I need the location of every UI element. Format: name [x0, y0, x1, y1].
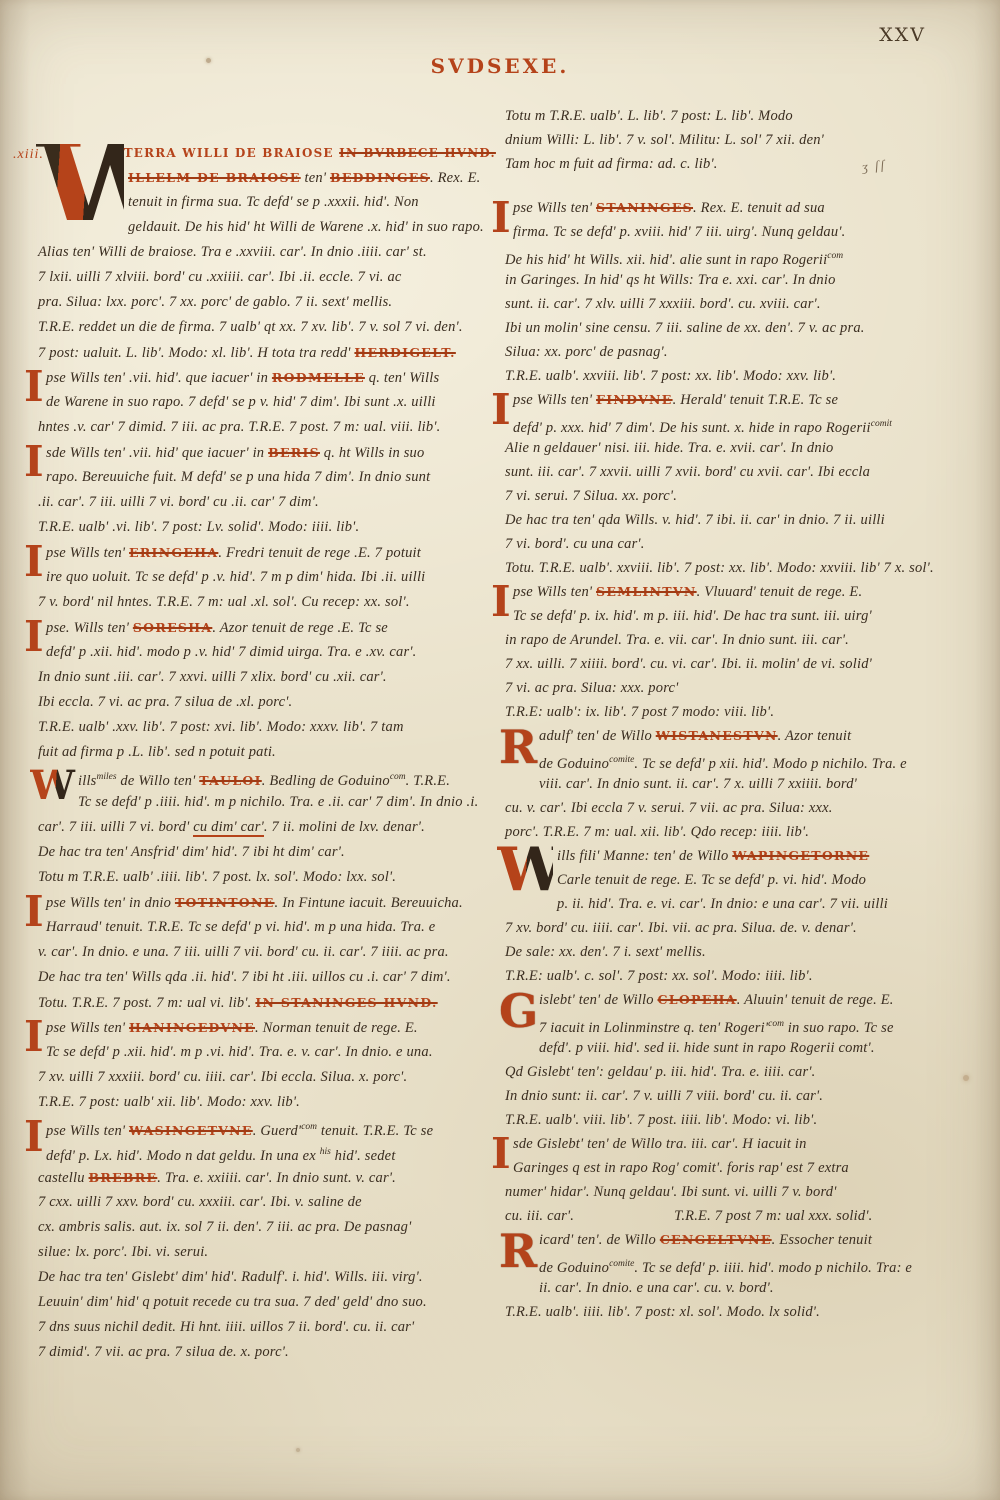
manuscript-text: . Rex. E. — [430, 170, 481, 186]
text-line: 7 xx. uilli. 7 xiiii. bord'. cu. vi. car… — [505, 652, 965, 676]
text-line: de Goduinocomite. Tc se defd' p xii. hid… — [505, 748, 965, 772]
manuscript-text: Tam hoc m fuit ad firma: ad. c. lib'. — [505, 156, 718, 172]
manuscript-text: pse Wills ten' — [513, 584, 596, 600]
drop-cap-initial: I — [491, 198, 511, 244]
text-line: sunt. iii. car'. 7 xxvii. uilli 7 xvii. … — [505, 460, 965, 484]
drop-cap-initial: R — [499, 726, 535, 774]
manuscript-text: De hac tra ten' Wills qda .ii. hid'. 7 i… — [38, 969, 451, 985]
text-line: De hac tra ten' qda Wills. v. hid'. 7 ib… — [505, 508, 965, 532]
manuscript-text: pse Wills ten' — [46, 1020, 129, 1036]
text-line: T.R.E. ualb' .vi. lib'. 7 post: Lv. soli… — [38, 515, 496, 540]
text-line: Tc se defd' p .xii. hid'. m p .vi. hid'.… — [38, 1040, 496, 1065]
manuscript-text: q. ht Wills in suo — [320, 445, 425, 461]
manuscript-text: 7 cxx. uilli 7 xxv. bord' cu. xxxiii. ca… — [38, 1194, 362, 1210]
text-line: islebt' ten' de Willo CLOPEHA. Aluuin' t… — [505, 988, 965, 1012]
manuscript-text: .ii. car'. 7 iii. uilli 7 vi. bord' cu .… — [38, 494, 319, 510]
struck-place-name: TAULOI — [199, 773, 262, 788]
text-line: 7 vi. serui. 7 Silua. xx. porc'. — [505, 484, 965, 508]
manuscript-text: 7 xv. bord' cu. iiii. car'. Ibi. vii. ac… — [505, 920, 857, 936]
manuscript-text: . Tc se defd' p. iiii. hid'. modo p nich… — [634, 1260, 912, 1276]
text-line: .ii. car'. 7 iii. uilli 7 vi. bord' cu .… — [38, 490, 496, 515]
manuscript-text: castellu — [38, 1170, 89, 1186]
estate-entry: Gislebt' ten' de Willo CLOPEHA. Aluuin' … — [505, 988, 965, 1132]
manuscript-text: . Bedling de Goduino — [262, 773, 390, 789]
manuscript-text: ills — [78, 773, 97, 789]
struck-place-name: BERIS — [268, 445, 320, 460]
drop-cap-initial: I — [491, 1134, 511, 1180]
interlinear-note: comite — [609, 755, 634, 765]
manuscript-text: In dnio sunt: ii. car'. 7 v. uilli 7 vii… — [505, 1088, 823, 1104]
drop-cap-initial: R — [499, 1230, 535, 1278]
text-line: v. car'. In dnio. e una. 7 iii. uilli 7 … — [38, 940, 496, 965]
manuscript-text: sunt. ii. car'. 7 xlv. uilli 7 xxxiii. b… — [505, 296, 821, 312]
text-line: rapo. Bereuuiche fuit. M defd' se p una … — [38, 465, 496, 490]
manuscript-text: 7 vi. serui. 7 Silua. xx. porc'. — [505, 488, 677, 504]
text-line: Alie n geldauer' nisi. iii. hide. Tra. e… — [505, 436, 965, 460]
manuscript-text: De hac tra ten' qda Wills. v. hid'. 7 ib… — [505, 512, 885, 528]
text-line: 7 dns suus nichil dedit. Hi hnt. iiii. u… — [38, 1315, 496, 1340]
manuscript-text: . Norman tenuit de rege. E. — [255, 1020, 418, 1036]
struck-place-name: WASINGETVNE — [129, 1123, 253, 1138]
manuscript-text: T.R.E. ualb'. iiii. lib'. 7 post: xl. so… — [505, 1304, 820, 1320]
text-line: Tam hoc m fuit ad firma: ad. c. lib'. — [505, 152, 965, 176]
drop-cap-initial: W — [30, 767, 76, 815]
struck-place-name: SEMLINTVN — [596, 584, 697, 599]
drop-cap-initial: W — [497, 846, 553, 894]
text-line: T.R.E. ualb'. iiii. lib'. 7 post: xl. so… — [505, 1300, 965, 1324]
text-line: icard' ten'. de Willo CENGELTVNE. Essoch… — [505, 1228, 965, 1252]
manuscript-text: 7 xv. uilli 7 xxxiii. bord' cu. iiii. ca… — [38, 1069, 407, 1085]
text-line: adulf' ten' de Willo WISTANESTVN. Azor t… — [505, 724, 965, 748]
manuscript-text: q. ten' Wills — [365, 370, 439, 386]
manuscript-text: rapo. Bereuuiche fuit. M defd' se p una … — [46, 469, 430, 485]
text-line: Qd Gislebt' ten': geldau' p. iii. hid'. … — [505, 1060, 965, 1084]
manuscript-text: 7 xx. uilli. 7 xiiii. bord'. cu. vi. car… — [505, 656, 872, 672]
manuscript-text: p. ii. hid'. Tra. e. vi. car'. In dnio: … — [557, 896, 888, 912]
text-line: porc'. T.R.E. 7 m: ual. xii. lib'. Qdo r… — [505, 820, 965, 844]
manuscript-text: T.R.E: ualb': ix. lib'. 7 post 7 modo: v… — [505, 704, 774, 720]
text-line: fuit ad firma p .L. lib'. sed n potuit p… — [38, 740, 496, 765]
manuscript-text: 7 vi. ac pra. Silua: xxx. porc' — [505, 680, 678, 696]
estate-entry: WTERRA WILLI DE BRAIOSE IN BVRBECE HVND.… — [38, 140, 496, 365]
manuscript-text: ire quo uoluit. Tc se defd' p .v. hid'. … — [46, 569, 425, 585]
manuscript-text: T.R.E. ualb'. xxviii. lib'. 7 post: xx. … — [505, 368, 836, 384]
struck-place-name: TOTINTONE — [175, 895, 275, 910]
text-line: in rapo de Arundel. Tra. e. vii. car'. I… — [505, 628, 965, 652]
manuscript-column-left: WTERRA WILLI DE BRAIOSE IN BVRBECE HVND.… — [38, 140, 496, 1365]
text-line: cu. v. car'. Ibi eccla 7 v. serui. 7 vii… — [505, 796, 965, 820]
estate-entry: Isde Wills ten' .vii. hid' que iacuer' i… — [38, 440, 496, 540]
manuscript-text: islebt' ten' de Willo — [539, 992, 658, 1008]
estate-entry: Ipse Wills ten' WASINGETVNE. Guerd'com t… — [38, 1115, 496, 1365]
estate-entry: Ipse Wills ten' HANINGEDVNE. Norman tenu… — [38, 1015, 496, 1115]
manuscript-text: firma. Tc se defd' p. xviii. hid' 7 iii.… — [513, 224, 845, 240]
drop-cap-initial: I — [491, 582, 511, 628]
manuscript-text: viii. car'. In dnio sunt. ii. car'. 7 x.… — [539, 776, 857, 792]
manuscript-text: cu. v. car'. Ibi eccla 7 v. serui. 7 vii… — [505, 800, 833, 816]
manuscript-text: sde Gislebt' ten' de Willo tra. iii. car… — [513, 1136, 807, 1152]
interlinear-note: his — [320, 1147, 331, 1157]
estate-entry: Ipse Wills ten' ERINGEHA. Fredri tenuit … — [38, 540, 496, 615]
struck-place-name: SORESHA — [133, 620, 212, 635]
manuscript-text: 7 lxii. uilli 7 xlviii. bord' cu .xxiiii… — [38, 269, 402, 285]
drop-cap-initial: I — [24, 617, 44, 663]
foxing-spot — [963, 1075, 969, 1081]
manuscript-text: . Herald' tenuit T.R.E. Tc se — [673, 392, 839, 408]
text-line: 7 v. bord' nil hntes. T.R.E. 7 m: ual .x… — [38, 590, 496, 615]
estate-entry: Wills fili' Manne: ten' de Willo WAPINGE… — [505, 844, 965, 988]
text-line: TERRA WILLI DE BRAIOSE IN BVRBECE HVND. — [38, 140, 474, 165]
text-line: de Warene in suo rapo. 7 defd' se p v. h… — [38, 390, 496, 415]
manuscript-text: defd' p .xii. hid'. modo p .v. hid' 7 di… — [46, 644, 416, 660]
manuscript-text: numer' hidar'. Nunq geldau'. Ibi sunt. v… — [505, 1184, 837, 1200]
text-line: 7 dimid'. 7 vii. ac pra. 7 silua de. x. … — [38, 1340, 496, 1365]
manuscript-text: de Goduino — [539, 1260, 609, 1276]
struck-place-name: CLOPEHA — [658, 992, 737, 1007]
text-line: de Goduinocomite. Tc se defd' p. iiii. h… — [505, 1252, 965, 1276]
manuscript-text: ten' — [301, 170, 330, 186]
struck-place-name: CENGELTVNE — [660, 1232, 772, 1247]
text-line: Carle tenuit de rege. E. Tc se defd' p. … — [505, 868, 965, 892]
estate-entry: Ricard' ten'. de Willo CENGELTVNE. Essoc… — [505, 1228, 965, 1324]
interlinear-note: comite — [609, 1259, 634, 1269]
manuscript-text: ii. car'. In dnio. e una car'. cu. v. bo… — [539, 1280, 774, 1296]
text-line: pse Wills ten' STANINGES. Rex. E. tenuit… — [505, 196, 965, 220]
interlinear-note: miles — [97, 772, 117, 782]
manuscript-text: Totu m T.R.E. ualb' .iiii. lib'. 7 post.… — [38, 869, 396, 885]
text-line: pra. Silua: lxx. porc'. 7 xx. porc' de g… — [38, 290, 496, 315]
manuscript-text: De hac tra ten' Gislebt' dim' hid'. Radu… — [38, 1269, 423, 1285]
text-line: sunt. ii. car'. 7 xlv. uilli 7 xxxiii. b… — [505, 292, 965, 316]
manuscript-text: hntes .v. car' 7 dimid. 7 iii. ac pra. T… — [38, 419, 440, 435]
text-line: De hac tra ten' Ansfrid' dim' hid'. 7 ib… — [38, 840, 496, 865]
struck-place-name: RODMELLE — [272, 370, 365, 385]
text-line: sde Wills ten' .vii. hid' que iacuer' in… — [38, 440, 496, 465]
manuscript-text: 7 dns suus nichil dedit. Hi hnt. iiii. u… — [38, 1319, 414, 1335]
drop-cap-initial: I — [24, 1117, 44, 1163]
foxing-spot — [296, 1448, 300, 1452]
manuscript-text: Alie n geldauer' nisi. iii. hide. Tra. e… — [505, 440, 834, 456]
text-line: illsmiles de Willo ten' TAULOI. Bedling … — [38, 765, 496, 790]
manuscript-text: pse Wills ten' — [513, 392, 596, 408]
text-line: 7 xv. bord' cu. iiii. car'. Ibi. vii. ac… — [505, 916, 965, 940]
manuscript-text: . Essocher tenuit — [772, 1232, 872, 1248]
manuscript-text: De his hid' ht Wills. xii. hid'. alie su… — [505, 252, 827, 268]
estate-entry: Ipse Wills ten' .vii. hid'. que iacuer' … — [38, 365, 496, 440]
text-line: Tc se defd' p. ix. hid'. m p. iii. hid'.… — [505, 604, 965, 628]
manuscript-text: tenuit in firma sua. Tc defd' se p .xxxi… — [128, 194, 419, 210]
manuscript-text: Tc se defd' p. ix. hid'. m p. iii. hid'.… — [513, 608, 872, 624]
manuscript-text: pse. Wills ten' — [46, 620, 133, 636]
manuscript-text: car'. 7 iii. uilli 7 vi. bord' — [38, 819, 193, 835]
manuscript-page: XXV SVDSEXE. .xiii. ʒ ſſ WTERRA WILLI DE… — [0, 0, 1000, 1500]
manuscript-text: tenuit. T.R.E. Tc se — [317, 1123, 433, 1139]
estate-entry: Ipse Wills ten' in dnio TOTINTONE. In Fi… — [38, 890, 496, 1015]
text-line: pse Wills ten' WASINGETVNE. Guerd'com te… — [38, 1115, 496, 1140]
manuscript-text: adulf' ten' de Willo — [539, 728, 656, 744]
text-line: cu. iii. car'.T.R.E. 7 post 7 m: ual xxx… — [505, 1204, 965, 1228]
manuscript-text: T.R.E: ualb'. c. sol'. 7 post: xx. sol'.… — [505, 968, 813, 984]
interlinear-note: com — [390, 772, 406, 782]
estate-entry: Isde Gislebt' ten' de Willo tra. iii. ca… — [505, 1132, 965, 1228]
manuscript-text: Totu. T.R.E. ualb'. xxviii. lib'. 7 post… — [505, 560, 934, 576]
text-line: De sale: xx. den'. 7 i. sext' mellis. — [505, 940, 965, 964]
estate-entry: Ipse. Wills ten' SORESHA. Azor tenuit de… — [38, 615, 496, 765]
manuscript-text: . Tc se defd' p xii. hid'. Modo p nichil… — [634, 756, 906, 772]
text-line: 7 iacuit in Lolinminstre q. ten' Rogeri'… — [505, 1012, 965, 1036]
manuscript-text: in rapo de Arundel. Tra. e. vii. car'. I… — [505, 632, 849, 648]
manuscript-text: cu. iii. car'. — [505, 1208, 574, 1224]
manuscript-text: pra. Silua: lxx. porc'. 7 xx. porc' de g… — [38, 294, 392, 310]
struck-place-name: IN BVRBECE HVND. — [339, 145, 496, 160]
manuscript-text: icard' ten'. de Willo — [539, 1232, 660, 1248]
manuscript-text: T.R.E. ualb' .vi. lib'. 7 post: Lv. soli… — [38, 519, 359, 535]
text-line: p. ii. hid'. Tra. e. vi. car'. In dnio: … — [505, 892, 965, 916]
text-line: T.R.E: ualb'. c. sol'. 7 post: xx. sol'.… — [505, 964, 965, 988]
manuscript-text: Alias ten' Willi de braiose. Tra e .xxvi… — [38, 244, 427, 260]
text-line: Totu. T.R.E. 7 post. 7 m: ual vi. lib'. … — [38, 990, 496, 1015]
text-line: 7 xv. uilli 7 xxxiii. bord' cu. iiii. ca… — [38, 1065, 496, 1090]
manuscript-text: T.R.E. ualb' .xxv. lib'. 7 post: xvi. li… — [38, 719, 404, 735]
manuscript-text: T.R.E. reddet un die de firma. 7 ualb' q… — [38, 319, 463, 335]
manuscript-text: sunt. iii. car'. 7 xxvii. uilli 7 xvii. … — [505, 464, 870, 480]
text-line: T.R.E. 7 post: ualb' xii. lib'. Modo: xx… — [38, 1090, 496, 1115]
manuscript-text: pse Wills ten' in dnio — [46, 895, 175, 911]
text-line: pse Wills ten' .vii. hid'. que iacuer' i… — [38, 365, 496, 390]
manuscript-text: . Vluuard' tenuit de rege. E. — [697, 584, 863, 600]
text-line: Totu. T.R.E. ualb'. xxviii. lib'. 7 post… — [505, 556, 965, 580]
manuscript-text: . In Fintune iacuit. Bereuuicha. — [275, 895, 463, 911]
text-line: 7 vi. ac pra. Silua: xxx. porc' — [505, 676, 965, 700]
interlinear-note: com — [827, 251, 843, 261]
text-line: Ibi eccla. 7 vi. ac pra. 7 silua de .xl.… — [38, 690, 496, 715]
manuscript-text: T.R.E. ualb'. viii. lib'. 7 post. iiii. … — [505, 1112, 817, 1128]
manuscript-text: 7 vi. bord'. cu una car'. — [505, 536, 645, 552]
text-line: In dnio sunt .iii. car'. 7 xxvi. uilli 7… — [38, 665, 496, 690]
drop-cap-initial: I — [24, 442, 44, 488]
drop-cap-initial: I — [24, 1017, 44, 1063]
text-line: 7 post: ualuit. L. lib'. Modo: xl. lib'.… — [38, 340, 496, 365]
text-line: De hac tra ten' Wills qda .ii. hid'. 7 i… — [38, 965, 496, 990]
manuscript-text: Tc se defd' p .xii. hid'. m p .vi. hid'.… — [46, 1044, 433, 1060]
interlinear-note: comit — [871, 419, 892, 429]
manuscript-text: . T.R.E. — [406, 773, 450, 789]
struck-place-name: ERINGEHA — [129, 545, 218, 560]
text-line: Totu m T.R.E. ualb'. L. lib'. 7 post: L.… — [505, 104, 965, 128]
text-line: 7 cxx. uilli 7 xxv. bord' cu. xxxiii. ca… — [38, 1190, 496, 1215]
struck-place-name: FINDVNE — [596, 392, 673, 407]
manuscript-text: ills fili' Manne: ten' de Willo — [557, 848, 732, 864]
text-line: defd' p. xxx. hid' 7 dim'. De his sunt. … — [505, 412, 965, 436]
page-number: XXV — [879, 24, 926, 46]
manuscript-text: Silua: xx. porc' de pasnag'. — [505, 344, 668, 360]
manuscript-text: de Willo ten' — [117, 773, 200, 789]
struck-place-name: ILLELM DE BRAIOSE — [128, 170, 301, 185]
manuscript-text: pse Wills ten' .vii. hid'. que iacuer' i… — [46, 370, 272, 386]
interlinear-note: com — [301, 1122, 317, 1132]
text-line: ii. car'. In dnio. e una car'. cu. v. bo… — [505, 1276, 965, 1300]
text-line: De his hid' ht Wills. xii. hid'. alie su… — [505, 244, 965, 268]
manuscript-text: defd'. p viii. hid'. sed ii. hide sunt i… — [539, 1040, 875, 1056]
manuscript-text: de Goduino — [539, 756, 609, 772]
manuscript-text: geldauit. De his hid' ht Willi de Warene… — [128, 219, 484, 235]
text-line: pse Wills ten' in dnio TOTINTONE. In Fin… — [38, 890, 496, 915]
manuscript-text: 7 dimid'. 7 vii. ac pra. 7 silua de. x. … — [38, 1344, 289, 1360]
text-line: pse Wills ten' FINDVNE. Herald' tenuit T… — [505, 388, 965, 412]
manuscript-text: Ibi un molin' sine censu. 7 iii. saline … — [505, 320, 865, 336]
manuscript-text: silue: lx. porc'. Ibi. vi. serui. — [38, 1244, 208, 1260]
text-line: in Garinges. In hid' qs ht Wills: Tra e.… — [505, 268, 965, 292]
text-line: Silua: xx. porc' de pasnag'. — [505, 340, 965, 364]
interlinear-note: com — [768, 1019, 784, 1029]
text-line: T.R.E: ualb': ix. lib'. 7 post 7 modo: v… — [505, 700, 965, 724]
county-heading: SVDSEXE. — [0, 54, 1000, 78]
manuscript-text: defd' p. xxx. hid' 7 dim'. De his sunt. … — [513, 420, 871, 436]
manuscript-text: Totu m T.R.E. ualb'. L. lib'. 7 post: L.… — [505, 108, 793, 124]
text-line: Harraud' tenuit. T.R.E. Tc se defd' p vi… — [38, 915, 496, 940]
manuscript-text: Garinges q est in rapo Rog' comit'. fori… — [513, 1160, 849, 1176]
drop-cap-initial: I — [24, 892, 44, 938]
manuscript-text: . 7 ii. molini de lxv. denar'. — [264, 819, 425, 835]
estate-entry: Ipse Wills ten' SEMLINTVN. Vluuard' tenu… — [505, 580, 965, 724]
manuscript-text: Carle tenuit de rege. E. Tc se defd' p. … — [557, 872, 866, 888]
manuscript-text: De sale: xx. den'. 7 i. sext' mellis. — [505, 944, 706, 960]
estate-entry: Ipse Wills ten' STANINGES. Rex. E. tenui… — [505, 196, 965, 388]
text-line: 7 lxii. uilli 7 xlviii. bord' cu .xxiiii… — [38, 265, 496, 290]
text-line: defd' p .xii. hid'. modo p .v. hid' 7 di… — [38, 640, 496, 665]
foxing-spot — [206, 58, 211, 63]
text-line: Totu m T.R.E. ualb' .iiii. lib'. 7 post.… — [38, 865, 496, 890]
text-line: numer' hidar'. Nunq geldau'. Ibi sunt. v… — [505, 1180, 965, 1204]
text-line: 7 vi. bord'. cu una car'. — [505, 532, 965, 556]
struck-place-name: HERDIGELT. — [354, 345, 455, 360]
text-line: viii. car'. In dnio sunt. ii. car'. 7 x.… — [505, 772, 965, 796]
text-line: castellu BREBRE. Tra. e. xxiiii. car'. I… — [38, 1165, 496, 1190]
text-line: silue: lx. porc'. Ibi. vi. serui. — [38, 1240, 496, 1265]
text-line: pse Wills ten' SEMLINTVN. Vluuard' tenui… — [505, 580, 965, 604]
text-line: ire quo uoluit. Tc se defd' p .v. hid'. … — [38, 565, 496, 590]
text-line: sde Gislebt' ten' de Willo tra. iii. car… — [505, 1132, 965, 1156]
manuscript-text: fuit ad firma p .L. lib'. sed n potuit p… — [38, 744, 276, 760]
text-line: cx. ambris salis. aut. ix. sol 7 ii. den… — [38, 1215, 496, 1240]
struck-place-name: BEDDINGES — [330, 170, 430, 185]
underlined-text: cu dim' car' — [193, 819, 264, 837]
struck-place-name: STANINGES — [596, 200, 693, 215]
manuscript-text: in Garinges. In hid' qs ht Wills: Tra e.… — [505, 272, 836, 288]
text-line: T.R.E. reddet un die de firma. 7 ualb' q… — [38, 315, 496, 340]
manuscript-text: Ibi eccla. 7 vi. ac pra. 7 silua de .xl.… — [38, 694, 292, 710]
estate-entry: Willsmiles de Willo ten' TAULOI. Bedling… — [38, 765, 496, 890]
manuscript-text: . Azor tenuit — [778, 728, 852, 744]
text-line: defd' p. Lx. hid'. Modo n dat geldu. In … — [38, 1140, 496, 1165]
text-line: Leuuin' dim' hid' q potuit recede cu tra… — [38, 1290, 496, 1315]
text-line: Garinges q est in rapo Rog' comit'. fori… — [505, 1156, 965, 1180]
manuscript-text: Leuuin' dim' hid' q potuit recede cu tra… — [38, 1294, 427, 1310]
manuscript-text: 7 v. bord' nil hntes. T.R.E. 7 m: ual .x… — [38, 594, 410, 610]
manuscript-text: pse Wills ten' — [513, 200, 596, 216]
text-line: ills fili' Manne: ten' de Willo WAPINGET… — [505, 844, 965, 868]
text-line: T.R.E. ualb' .xxv. lib'. 7 post: xvi. li… — [38, 715, 496, 740]
drop-cap-initial: I — [24, 542, 44, 588]
struck-place-name: IN STANINGES HVND. — [255, 995, 437, 1010]
manuscript-text: Qd Gislebt' ten': geldau' p. iii. hid'. … — [505, 1064, 815, 1080]
struck-place-name: WAPINGETORNE — [732, 848, 869, 863]
manuscript-text: Tc se defd' p .iiii. hid'. m p nichilo. … — [78, 794, 478, 810]
text-line: In dnio sunt: ii. car'. 7 v. uilli 7 vii… — [505, 1084, 965, 1108]
text-line: car'. 7 iii. uilli 7 vi. bord' cu dim' c… — [38, 815, 496, 840]
manuscript-text: sde Wills ten' .vii. hid' que iacuer' in — [46, 445, 268, 461]
manuscript-text: dnium Willi: L. lib'. 7 v. sol'. Militu:… — [505, 132, 824, 148]
text-line: dnium Willi: L. lib'. 7 v. sol'. Militu:… — [505, 128, 965, 152]
manuscript-text: pse Wills ten' — [46, 1123, 129, 1139]
estate-entry: Totu m T.R.E. ualb'. L. lib'. 7 post: L.… — [505, 104, 965, 176]
text-line: Tc se defd' p .iiii. hid'. m p nichilo. … — [38, 790, 496, 815]
manuscript-text: defd' p. Lx. hid'. Modo n dat geldu. In … — [46, 1148, 320, 1164]
manuscript-text: 7 post: ualuit. L. lib'. Modo: xl. lib'.… — [38, 345, 354, 361]
text-line: T.R.E. ualb'. viii. lib'. 7 post. iiii. … — [505, 1108, 965, 1132]
struck-place-name: BREBRE — [89, 1170, 158, 1185]
manuscript-text: T.R.E. 7 post 7 m: ual xxx. solid'. — [674, 1208, 872, 1224]
manuscript-text: cx. ambris salis. aut. ix. sol 7 ii. den… — [38, 1219, 411, 1235]
manuscript-text: . Azor tenuit de rege .E. Tc se — [212, 620, 388, 636]
manuscript-text: In dnio sunt .iii. car'. 7 xxvi. uilli 7… — [38, 669, 387, 685]
drop-cap-initial: I — [24, 367, 44, 413]
manuscript-text: hid'. sedet — [331, 1148, 396, 1164]
text-line: Ibi un molin' sine censu. 7 iii. saline … — [505, 316, 965, 340]
manuscript-text: Totu. T.R.E. 7 post. 7 m: ual vi. lib'. — [38, 995, 255, 1011]
manuscript-text: v. car'. In dnio. e una. 7 iii. uilli 7 … — [38, 944, 449, 960]
text-line: pse. Wills ten' SORESHA. Azor tenuit de … — [38, 615, 496, 640]
manuscript-text: de Warene in suo rapo. 7 defd' se p v. h… — [46, 394, 436, 410]
manuscript-text: pse Wills ten' — [46, 545, 129, 561]
struck-place-name: HANINGEDVNE — [129, 1020, 255, 1035]
manuscript-text: in suo rapo. Tc se — [784, 1020, 894, 1036]
text-line: hntes .v. car' 7 dimid. 7 iii. ac pra. T… — [38, 415, 496, 440]
drop-cap-initial: G — [499, 990, 535, 1038]
manuscript-text: . Tra. e. xxiiii. car'. In dnio sunt. v.… — [157, 1170, 396, 1186]
manuscript-text: De hac tra ten' Ansfrid' dim' hid'. 7 ib… — [38, 844, 345, 860]
text-line: pse Wills ten' ERINGEHA. Fredri tenuit d… — [38, 540, 496, 565]
manuscript-text: . Guerd' — [253, 1123, 301, 1139]
text-line: pse Wills ten' HANINGEDVNE. Norman tenui… — [38, 1015, 496, 1040]
text-line: firma. Tc se defd' p. xviii. hid' 7 iii.… — [505, 220, 965, 244]
drop-cap-initial: I — [491, 390, 511, 436]
manuscript-text: 7 iacuit in Lolinminstre q. ten' Rogeri' — [539, 1020, 768, 1036]
manuscript-text: . Rex. E. tenuit ad sua — [693, 200, 825, 216]
estate-entry: Ipse Wills ten' FINDVNE. Herald' tenuit … — [505, 388, 965, 580]
text-line: T.R.E. ualb'. xxviii. lib'. 7 post: xx. … — [505, 364, 965, 388]
estate-entry: Radulf' ten' de Willo WISTANESTVN. Azor … — [505, 724, 965, 844]
manuscript-text: . Aluuin' tenuit de rege. E. — [737, 992, 894, 1008]
struck-place-name: WISTANESTVN — [656, 728, 778, 743]
manuscript-text: Harraud' tenuit. T.R.E. Tc se defd' p vi… — [46, 919, 435, 935]
manuscript-text: . Fredri tenuit de rege .E. 7 potuit — [218, 545, 421, 561]
manuscript-column-right: Totu m T.R.E. ualb'. L. lib'. 7 post: L.… — [505, 104, 965, 1324]
manuscript-text: T.R.E. 7 post: ualb' xii. lib'. Modo: xx… — [38, 1094, 300, 1110]
text-line: De hac tra ten' Gislebt' dim' hid'. Radu… — [38, 1265, 496, 1290]
rubric-text: TERRA WILLI DE BRAIOSE — [124, 145, 339, 160]
text-line: Alias ten' Willi de braiose. Tra e .xxvi… — [38, 240, 496, 265]
text-line: defd'. p viii. hid'. sed ii. hide sunt i… — [505, 1036, 965, 1060]
